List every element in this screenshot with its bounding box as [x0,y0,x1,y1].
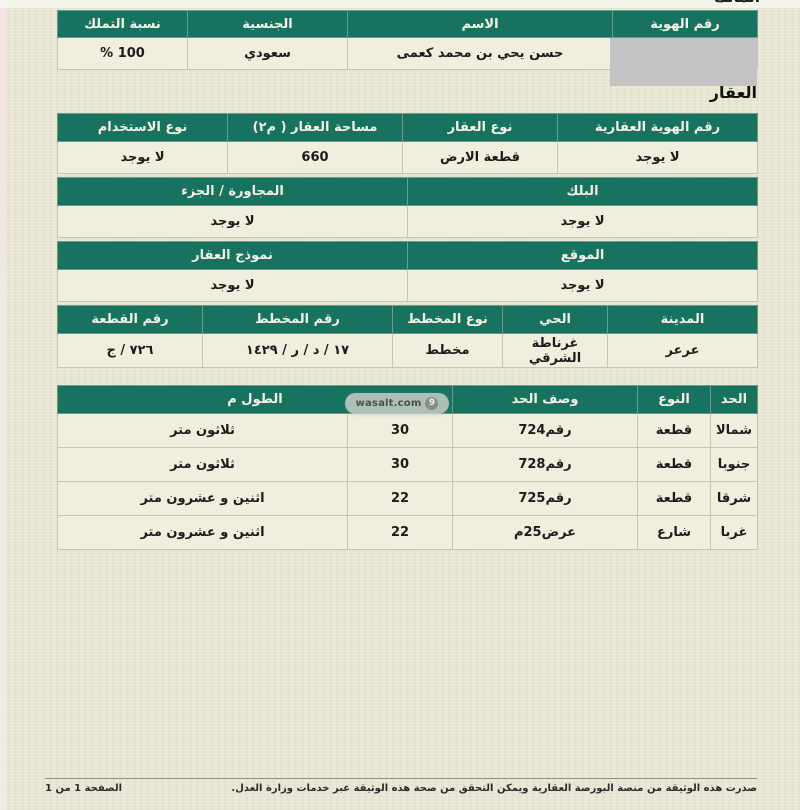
neighborhood-cell: لا يوجد [58,206,408,238]
footer-divider [45,778,757,779]
property-header-usage: نوع الاستخدام [58,114,228,142]
boundary-desc-cell: رقم724 [453,414,638,448]
plan-number-cell: ١٧ / د / ر / ١٤٢٩ [203,334,393,368]
plan-plot-number-cell: ٧٢٦ / ج [58,334,203,368]
owner-header-name: الاسم [348,11,613,38]
boundary-length-cell: 30 [348,448,453,482]
model-header: نموذج العقار [58,242,408,270]
plan-header-district: الحي [503,306,608,334]
boundary-side-cell: شرقا [711,482,758,516]
location-cell: لا يوجد [408,270,758,302]
owner-header-id: رقم الهوية [613,11,758,38]
boundary-type-cell: شارع [638,516,711,550]
boundary-desc-cell: رقم725 [453,482,638,516]
boundary-type-cell: قطعة [638,414,711,448]
boundaries-header-type: النوع [638,386,711,414]
boundary-length-text-cell: اثنين و عشرون متر [58,516,348,550]
top-band [0,0,800,8]
wasalt-watermark-text: wasalt.com [356,398,422,409]
property-header-type: نوع العقار [403,114,558,142]
boundaries-header-desc: وصف الحد [453,386,638,414]
property-usage-cell: لا يوجد [58,142,228,174]
plan-district-cell: غرناطة الشرقي [503,334,608,368]
property-header-realestate-id: رقم الهوية العقارية [558,114,758,142]
plan-table: المدينة الحي نوع المخطط رقم المخطط رقم ا… [57,305,758,368]
owner-nationality-cell: سعودي [188,38,348,70]
page-indicator: الصفحة 1 من 1 [45,783,122,794]
location-header: الموقع [408,242,758,270]
location-table: الموقع نموذج العقار لا يوجد لا يوجد [57,241,758,302]
owner-name-cell: حسن يحي بن محمد كعمى [348,38,613,70]
boundary-length-cell: 22 [348,516,453,550]
boundary-type-cell: قطعة [638,482,711,516]
boundary-row-south: جنوبا قطعة رقم728 30 ثلاثون متر [58,448,758,482]
boundary-side-cell: جنوبا [711,448,758,482]
boundary-type-cell: قطعة [638,448,711,482]
boundary-desc-cell: رقم728 [453,448,638,482]
property-type-cell: قطعة الارض [403,142,558,174]
property-realestate-id-cell: لا يوجد [558,142,758,174]
boundaries-header-side: الحد [711,386,758,414]
owner-header-ownership: نسبة التملك [58,11,188,38]
clipped-section-label: المالك [714,0,760,6]
boundary-length-text-cell: ثلاثون متر [58,448,348,482]
wasalt-logo-icon: 9 [425,397,438,410]
plan-header-city: المدينة [608,306,758,334]
plan-header-plan-type: نوع المخطط [393,306,503,334]
block-header: البلك [408,178,758,206]
plan-header-plan-number: رقم المخطط [203,306,393,334]
boundary-length-cell: 30 [348,414,453,448]
owner-ownership-cell: 100 % [58,38,188,70]
redacted-id-box [610,38,757,86]
owner-header-nationality: الجنسية [188,11,348,38]
boundary-length-text-cell: اثنين و عشرون متر [58,482,348,516]
footer-note: صدرت هذه الوثيقة من منصة البورصة العقاري… [231,783,757,794]
property-area-cell: 660 [228,142,403,174]
plan-type-cell: مخطط [393,334,503,368]
neighborhood-header: المجاورة / الجزء [58,178,408,206]
block-cell: لا يوجد [408,206,758,238]
boundary-side-cell: شمالا [711,414,758,448]
block-table: البلك المجاورة / الجزء لا يوجد لا يوجد [57,177,758,238]
model-cell: لا يوجد [58,270,408,302]
property-table: رقم الهوية العقارية نوع العقار مساحة الع… [57,113,758,174]
boundary-row-north: شمالا قطعة رقم724 30 ثلاثون متر [58,414,758,448]
property-header-area: مساحة العقار ( م٢) [228,114,403,142]
boundary-row-west: غربا شارع عرض25م 22 اثنين و عشرون متر [58,516,758,550]
boundary-length-cell: 22 [348,482,453,516]
boundary-desc-cell: عرض25م [453,516,638,550]
boundary-side-cell: غربا [711,516,758,550]
plan-header-plot-number: رقم القطعة [58,306,203,334]
plan-city-cell: عرعر [608,334,758,368]
boundary-length-text-cell: ثلاثون متر [58,414,348,448]
scan-edge-strip [0,0,7,810]
deed-document-page: المالك رقم الهوية الاسم الجنسية نسبة الت… [0,0,800,810]
boundary-row-east: شرقا قطعة رقم725 22 اثنين و عشرون متر [58,482,758,516]
wasalt-watermark: wasalt.com 9 [345,393,449,414]
